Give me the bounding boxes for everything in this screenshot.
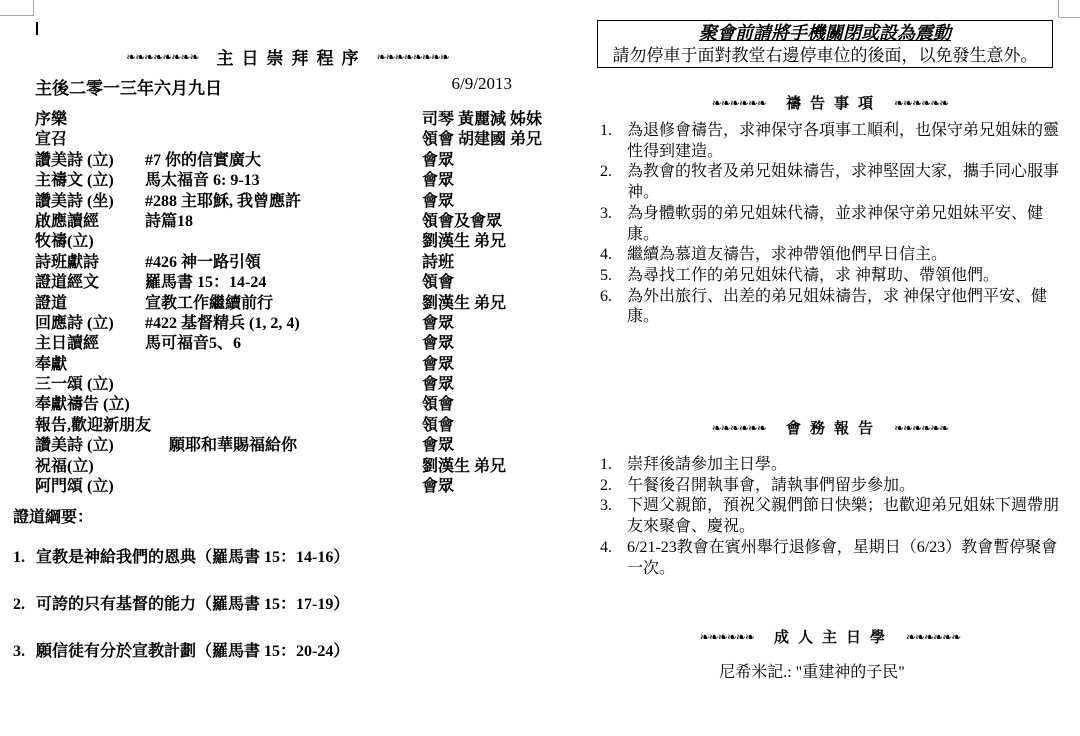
announcements-section-title: 會務報告: [786, 417, 882, 438]
program-item-who: 會眾: [422, 192, 540, 212]
program-item-who: 會眾: [422, 151, 540, 171]
program-item-label: 詩班獻詩: [35, 253, 145, 273]
program-item-who: 領會: [422, 395, 540, 415]
program-item-label: 阿門頌 (立): [35, 477, 145, 497]
sunday-school-subtitle: 尼希米記.: "重建神的子民": [597, 659, 1027, 682]
page-corner-mark-top-right-v: [1058, 0, 1059, 17]
program-row: 回應詩 (立)#422 基督精兵 (1, 2, 4)會眾: [35, 314, 540, 334]
sunday-school-section-header: ❧❧❧❧❧❧ 成人主日學 ❧❧❧❧❧❧: [597, 626, 1063, 647]
program-row: 讚美詩 (立)願耶和華賜福給你會眾: [35, 436, 540, 456]
announcement-item: 2.午餐後召開執事會，請執事們留步參加。: [600, 476, 1068, 497]
swirl-ornament-icon: ❧❧❧❧❧❧❧❧: [377, 50, 449, 64]
swirl-ornament-icon: ❧❧❧❧❧❧: [894, 96, 948, 110]
program-row: 奉獻禱告 (立)領會: [35, 395, 540, 415]
program-row: 詩班獻詩#426 神一路引領詩班: [35, 253, 540, 273]
program-item-label: 奉獻: [35, 355, 145, 375]
program-item-label: 主日讀經: [35, 334, 145, 354]
swirl-ornament-icon: ❧❧❧❧❧❧: [894, 421, 948, 435]
program-item-label: 序樂: [35, 110, 145, 130]
program-row: 阿門頌 (立)會眾: [35, 477, 540, 497]
item-text: 為尋找工作的弟兄姐妹代禱，求 神幫助、帶領他們。: [627, 266, 1068, 287]
item-text: 為退修會禱告，求神保守各項事工順利，也保守弟兄姐妹的靈性得到建造。: [627, 121, 1068, 162]
notice-title: 聚會前請將手機關閉或設為震動: [598, 21, 1052, 45]
date-numeric: 6/9/2013: [452, 74, 512, 99]
program-row: 主禱文 (立)馬太福音 6: 9-13會眾: [35, 171, 540, 191]
item-text: 崇拜後請參加主日學。: [627, 455, 1068, 476]
item-number: 1.: [600, 121, 627, 162]
bulletin-page: { "decor": { "ornament_long": "❧❧❧❧❧❧❧❧"…: [0, 0, 1080, 736]
swirl-ornament-icon: ❧❧❧❧❧❧❧❧: [126, 50, 198, 64]
program-item-detail: 詩篇18: [145, 212, 422, 232]
program-row: 讚美詩 (立)#7 你的信實廣大會眾: [35, 151, 540, 171]
program-row: 啟應讀經詩篇18領會及會眾: [35, 212, 540, 232]
program-item-who: 會眾: [422, 477, 540, 497]
item-text: 宣教是神給我們的恩典（羅馬書 15：14-16）: [36, 548, 533, 568]
swirl-ornament-icon: ❧❧❧❧❧❧: [906, 630, 960, 644]
program-item-detail: #288 主耶穌, 我曾應許: [145, 192, 422, 212]
item-number: 4.: [600, 245, 627, 266]
program-item-who: 詩班: [422, 253, 540, 273]
program-item-who: 領會: [422, 416, 540, 436]
swirl-ornament-icon: ❧❧❧❧❧❧: [712, 421, 766, 435]
sermon-outline-item: 2.可誇的只有基督的能力（羅馬書 15：17-19）: [13, 595, 533, 615]
worship-program-list: 序樂司琴 黃麗減 姊妹宣召領會 胡建國 弟兄讚美詩 (立)#7 你的信實廣大會眾…: [35, 110, 540, 497]
program-item-label: 三一頌 (立): [35, 375, 145, 395]
program-row: 報告,歡迎新朋友領會: [35, 416, 540, 436]
item-number: 6.: [600, 287, 627, 328]
prayer-item: 6.為外出旅行、出差的弟兄姐妹禱告，求 神保守他們平安、健康。: [600, 287, 1068, 328]
program-item-label: 報告,歡迎新朋友: [35, 416, 145, 436]
program-item-who: 會眾: [422, 334, 540, 354]
program-item-detail: 宣教工作繼續前行: [145, 294, 422, 314]
program-item-detail: [145, 110, 422, 130]
item-text: 為身體軟弱的弟兄姐妹代禱，並求神保守弟兄姐妹平安、健康。: [627, 204, 1068, 245]
item-text: 為外出旅行、出差的弟兄姐妹禱告，求 神保守他們平安、健康。: [627, 287, 1068, 328]
program-item-who: 領會及會眾: [422, 212, 540, 232]
program-item-detail: 願耶和華賜福給你: [145, 436, 422, 456]
program-row: 奉獻會眾: [35, 355, 540, 375]
program-item-detail: #426 神一路引領: [145, 253, 422, 273]
item-number: 2.: [600, 162, 627, 203]
program-row: 主日讀經馬可福音5、6會眾: [35, 334, 540, 354]
prayer-items-list: 1.為退修會禱告，求神保守各項事工順利，也保守弟兄姐妹的靈性得到建造。2.為教會…: [600, 121, 1068, 328]
program-item-who: 劉漢生 弟兄: [422, 294, 540, 314]
announcement-item: 3.下週父親節，預祝父親們節日快樂；也歡迎弟兄姐妹下週帶朋友來聚會、慶祝。: [600, 496, 1068, 537]
program-item-who: 會眾: [422, 171, 540, 191]
program-item-who: 會眾: [422, 355, 540, 375]
sermon-outline-items: 1.宣教是神給我們的恩典（羅馬書 15：14-16）2.可誇的只有基督的能力（羅…: [13, 548, 533, 662]
program-row: 祝福(立)劉漢生 弟兄: [35, 457, 540, 477]
swirl-ornament-icon: ❧❧❧❧❧❧: [700, 630, 754, 644]
announcement-item: 4.6/21-23教會在賓州舉行退修會，星期日（6/23）教會暫停聚會一次。: [600, 538, 1068, 579]
program-item-who: 會眾: [422, 375, 540, 395]
program-item-label: 回應詩 (立): [35, 314, 145, 334]
item-number: 3.: [600, 496, 627, 537]
program-item-who: 領會 胡建國 弟兄: [422, 130, 542, 150]
program-item-label: 讚美詩 (坐): [35, 192, 145, 212]
item-text: 午餐後召開執事會，請執事們留步參加。: [627, 476, 1068, 497]
sunday-school-section-title: 成人主日學: [774, 626, 894, 647]
item-number: 2.: [600, 476, 627, 497]
program-item-label: 讚美詩 (立): [35, 436, 145, 456]
program-row: 序樂司琴 黃麗減 姊妹: [35, 110, 540, 130]
program-item-who: 領會: [422, 273, 540, 293]
prayer-item: 3.為身體軟弱的弟兄姐妹代禱，並求神保守弟兄姐妹平安、健康。: [600, 204, 1068, 245]
item-text: 下週父親節，預祝父親們節日快樂；也歡迎弟兄姐妹下週帶朋友來聚會、慶祝。: [627, 496, 1068, 537]
page-corner-mark-top-right-h: [1058, 17, 1080, 18]
prayer-item: 2.為教會的牧者及弟兄姐妹禱告，求神堅固大家，攜手同心服事神。: [600, 162, 1068, 203]
program-item-detail: [145, 375, 422, 395]
item-number: 5.: [600, 266, 627, 287]
program-item-label: 牧禱(立): [35, 232, 145, 252]
program-item-label: 宣召: [35, 130, 145, 150]
page-corner-mark-top-left-v: [33, 0, 34, 16]
program-item-detail: [145, 416, 422, 436]
item-number: 3.: [13, 642, 36, 662]
program-item-detail: [145, 232, 422, 252]
prayer-item: 4.繼續為慕道友禱告，求神帶領他們早日信主。: [600, 245, 1068, 266]
item-number: 3.: [600, 204, 627, 245]
item-number: 1.: [600, 455, 627, 476]
program-item-detail: 馬可福音5、6: [145, 334, 422, 354]
program-item-detail: 羅馬書 15：14-24: [145, 273, 422, 293]
program-item-label: 讚美詩 (立): [35, 151, 145, 171]
sermon-outline-item: 3.願信徒有分於宣教計劃（羅馬書 15：20-24）: [13, 642, 533, 662]
swirl-ornament-icon: ❧❧❧❧❧❧: [712, 96, 766, 110]
item-text: 6/21-23教會在賓州舉行退修會，星期日（6/23）教會暫停聚會一次。: [627, 538, 1068, 579]
item-text: 為教會的牧者及弟兄姐妹禱告，求神堅固大家，攜手同心服事神。: [627, 162, 1068, 203]
announcement-items-list: 1.崇拜後請參加主日學。2.午餐後召開執事會，請執事們留步參加。3.下週父親節，…: [600, 455, 1068, 579]
sermon-outline-item: 1.宣教是神給我們的恩典（羅馬書 15：14-16）: [13, 548, 533, 568]
program-item-label: 主禱文 (立): [35, 171, 145, 191]
date-chinese: 主後二零一三年六月九日: [35, 74, 222, 99]
program-item-label: 奉獻禱告 (立): [35, 395, 145, 415]
program-row: 宣召領會 胡建國 弟兄: [35, 130, 540, 150]
program-item-detail: [145, 355, 422, 375]
prayer-item: 5.為尋找工作的弟兄姐妹代禱，求 神幫助、帶領他們。: [600, 266, 1068, 287]
program-item-detail: #422 基督精兵 (1, 2, 4): [145, 314, 422, 334]
program-row: 讚美詩 (坐)#288 主耶穌, 我曾應許會眾: [35, 192, 540, 212]
program-item-who: 劉漢生 弟兄: [422, 232, 540, 252]
program-item-who: 劉漢生 弟兄: [422, 457, 540, 477]
program-item-who: 會眾: [422, 436, 540, 456]
program-row: 三一頌 (立)會眾: [35, 375, 540, 395]
program-item-label: 祝福(立): [35, 457, 145, 477]
program-item-who: 會眾: [422, 314, 540, 334]
program-row: 證道經文羅馬書 15：14-24領會: [35, 273, 540, 293]
item-number: 1.: [13, 548, 36, 568]
prayer-section-title: 禱告事項: [786, 92, 882, 113]
program-item-detail: #7 你的信實廣大: [145, 151, 422, 171]
program-item-who: 司琴 黃麗減 姊妹: [422, 110, 542, 130]
prayer-section-header: ❧❧❧❧❧❧ 禱告事項 ❧❧❧❧❧❧: [597, 92, 1063, 113]
worship-order-header: ❧❧❧❧❧❧❧❧ 主日崇拜程序 ❧❧❧❧❧❧❧❧: [35, 44, 540, 69]
item-number: 4.: [600, 538, 627, 579]
page-title: 主日崇拜程序: [217, 44, 367, 69]
prayer-item: 1.為退修會禱告，求神保守各項事工順利，也保守弟兄姐妹的靈性得到建造。: [600, 121, 1068, 162]
sermon-outline-title: 證道綱要：: [13, 508, 533, 528]
program-item-label: 證道: [35, 294, 145, 314]
program-item-label: 啟應讀經: [35, 212, 145, 232]
item-text: 願信徒有分於宣教計劃（羅馬書 15：20-24）: [36, 642, 533, 662]
text-cursor-mark: [36, 22, 38, 35]
program-item-detail: [145, 395, 422, 415]
notice-box: 聚會前請將手機關閉或設為震動 請勿停車于面對教堂右邊停車位的後面，以免發生意外。: [597, 20, 1053, 68]
program-item-label: 證道經文: [35, 273, 145, 293]
announcements-section-header: ❧❧❧❧❧❧ 會務報告 ❧❧❧❧❧❧: [597, 417, 1063, 438]
program-item-detail: 馬太福音 6: 9-13: [145, 171, 422, 191]
date-row: 主後二零一三年六月九日 6/9/2013: [35, 74, 540, 99]
program-item-detail: [145, 477, 422, 497]
item-text: 繼續為慕道友禱告，求神帶領他們早日信主。: [627, 245, 1068, 266]
program-row: 證道宣教工作繼續前行劉漢生 弟兄: [35, 294, 540, 314]
program-row: 牧禱(立)劉漢生 弟兄: [35, 232, 540, 252]
page-corner-mark-top-left-h: [0, 15, 33, 16]
sermon-outline: 證道綱要： 1.宣教是神給我們的恩典（羅馬書 15：14-16）2.可誇的只有基…: [13, 508, 533, 662]
program-item-detail: [145, 130, 422, 150]
program-item-detail: [145, 457, 422, 477]
notice-text: 請勿停車于面對教堂右邊停車位的後面，以免發生意外。: [598, 45, 1052, 66]
item-number: 2.: [13, 595, 36, 615]
announcement-item: 1.崇拜後請參加主日學。: [600, 455, 1068, 476]
item-text: 可誇的只有基督的能力（羅馬書 15：17-19）: [36, 595, 533, 615]
